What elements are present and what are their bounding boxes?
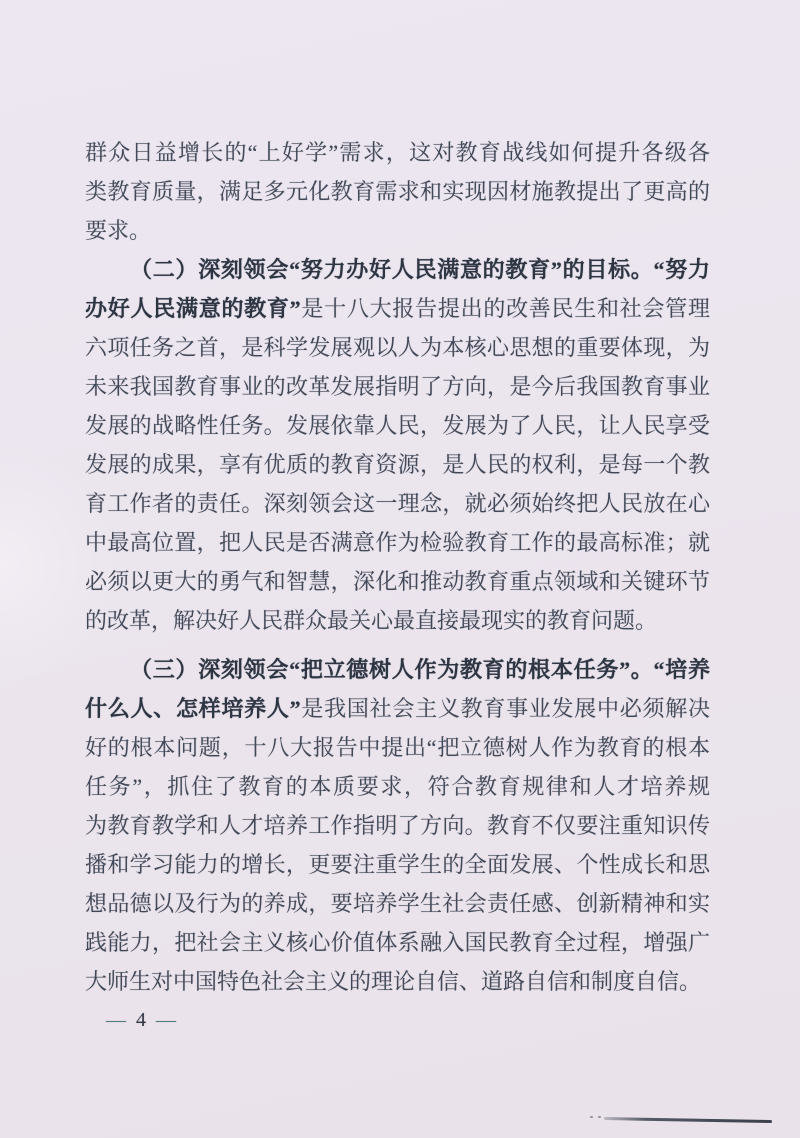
- text-line: 六项任务之首，是科学发展观以人为本核心思想的重要体现，为: [85, 328, 710, 367]
- text-line: 中最高位置，把人民是否满意作为检验教育工作的最高标准；就: [85, 523, 710, 562]
- document-text: 群众日益增长的“上好学”需求，这对教育战线如何提升各级各类教育质量，满足多元化教…: [85, 133, 710, 1040]
- text-line: 类教育质量，满足多元化教育需求和实现因材施教提出了更高的: [85, 172, 710, 211]
- text-segment: 为教育教学和人才培养工作指明了方向。教育不仅要注重知识传: [85, 813, 710, 838]
- page-number-left-dash: —: [106, 1009, 127, 1031]
- text-segment: 未来我国教育事业的改革发展指明了方向，是今后我国教育事业: [85, 374, 710, 399]
- text-segment: 想品德以及行为的养成，要培养学生社会责任感、创新精神和实: [85, 891, 710, 916]
- page-number-value: 4: [136, 1009, 147, 1031]
- page-number: —4—: [85, 1001, 710, 1040]
- text-segment: 六项任务之首，是科学发展观以人为本核心思想的重要体现，为: [85, 335, 710, 360]
- text-line: 为教育教学和人才培养工作指明了方向。教育不仅要注重知识传: [85, 806, 710, 845]
- document-page: 群众日益增长的“上好学”需求，这对教育战线如何提升各级各类教育质量，满足多元化教…: [0, 0, 800, 1138]
- text-line: 什么人、怎样培养人”是我国社会主义教育事业发展中必须解决: [85, 689, 710, 728]
- bold-text-segment: 办好人民满意的教育”: [85, 296, 301, 321]
- text-segment: 发展的战略性任务。发展依靠人民，发展为了人民，让人民享受: [85, 413, 710, 438]
- scan-speck: [590, 1116, 593, 1118]
- bold-text-segment: （二）深刻领会“努力办好人民满意的教育”的目标。“努力: [130, 257, 710, 282]
- text-segment: 大师生对中国特色社会主义的理论自信、道路自信和制度自信。: [85, 969, 701, 994]
- text-segment: 好的根本问题，十八大报告中提出“把立德树人作为教育的根本: [85, 735, 710, 760]
- text-line: 任务”，抓住了教育的本质要求，符合教育规律和人才培养规律，: [85, 767, 710, 806]
- text-segment: 类教育质量，满足多元化教育需求和实现因材施教提出了更高的: [85, 179, 710, 204]
- text-segment: 群众日益增长的“上好学”需求，这对教育战线如何提升各级各: [85, 140, 710, 165]
- text-line: 育工作者的责任。深刻领会这一理念，就必须始终把人民放在心: [85, 484, 710, 523]
- text-line: 的改革，解决好人民群众最关心最直接最现实的教育问题。: [85, 601, 710, 640]
- page-number-right-dash: —: [156, 1009, 177, 1031]
- text-line: 办好人民满意的教育”是十八大报告提出的改善民生和社会管理: [85, 289, 710, 328]
- text-segment: 必须以更大的勇气和智慧，深化和推动教育重点领域和关键环节: [85, 569, 710, 594]
- text-line: 发展的成果，享有优质的教育资源，是人民的权利，是每一个教: [85, 445, 710, 484]
- text-line: 必须以更大的勇气和智慧，深化和推动教育重点领域和关键环节: [85, 562, 710, 601]
- text-segment: 播和学习能力的增长，更要注重学生的全面发展、个性成长和思: [85, 852, 710, 877]
- text-segment: 是我国社会主义教育事业发展中必须解决: [301, 696, 710, 721]
- scan-speck: [598, 1116, 601, 1118]
- text-line: 想品德以及行为的养成，要培养学生社会责任感、创新精神和实: [85, 884, 710, 923]
- bold-text-segment: 什么人、怎样培养人”: [85, 696, 301, 721]
- text-line: 要求。: [85, 211, 710, 250]
- text-segment: 任务”，抓住了教育的本质要求，符合教育规律和人才培养规律，: [85, 774, 710, 806]
- text-line: （二）深刻领会“努力办好人民满意的教育”的目标。“努力: [85, 250, 710, 289]
- text-segment: 发展的成果，享有优质的教育资源，是人民的权利，是每一个教: [85, 452, 710, 477]
- text-segment: 育工作者的责任。深刻领会这一理念，就必须始终把人民放在心: [85, 491, 710, 516]
- text-segment: 中最高位置，把人民是否满意作为检验教育工作的最高标准；就: [85, 530, 710, 555]
- text-line: 群众日益增长的“上好学”需求，这对教育战线如何提升各级各: [85, 133, 710, 172]
- text-line: 发展的战略性任务。发展依靠人民，发展为了人民，让人民享受: [85, 406, 710, 445]
- text-line: 未来我国教育事业的改革发展指明了方向，是今后我国教育事业: [85, 367, 710, 406]
- text-line: 好的根本问题，十八大报告中提出“把立德树人作为教育的根本: [85, 728, 710, 767]
- text-segment: 践能力，把社会主义核心价值体系融入国民教育全过程，增强广: [85, 930, 710, 955]
- text-segment: 是十八大报告提出的改善民生和社会管理: [301, 296, 710, 321]
- text-line: 践能力，把社会主义核心价值体系融入国民教育全过程，增强广: [85, 923, 710, 962]
- text-line: 大师生对中国特色社会主义的理论自信、道路自信和制度自信。: [85, 962, 710, 1001]
- text-segment: 的改革，解决好人民群众最关心最直接最现实的教育问题。: [85, 608, 657, 633]
- body-paragraphs: 群众日益增长的“上好学”需求，这对教育战线如何提升各级各类教育质量，满足多元化教…: [85, 133, 710, 1001]
- text-line: 播和学习能力的增长，更要注重学生的全面发展、个性成长和思: [85, 845, 710, 884]
- text-line: （三）深刻领会“把立德树人作为教育的根本任务”。“培养: [85, 650, 710, 689]
- scan-artifact-line: [604, 1117, 772, 1123]
- bold-text-segment: （三）深刻领会“把立德树人作为教育的根本任务”。“培养: [130, 657, 710, 682]
- text-segment: 要求。: [85, 218, 151, 243]
